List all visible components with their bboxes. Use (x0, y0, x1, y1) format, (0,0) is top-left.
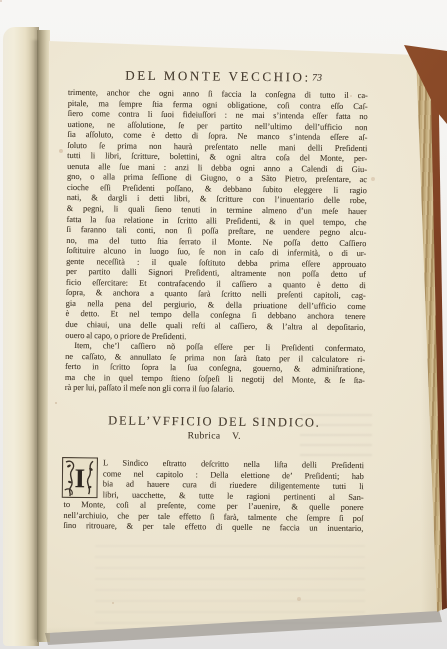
paragraph-item-cashier: Item, che’l caſſiero nõ poſſa eſſere per… (65, 340, 366, 396)
sindico-paragraph-wrapped: L Sindico eſtratto deſcritto nella liſta… (103, 457, 364, 502)
main-text-block: trimente, anchor che ogni anno ſi faccia… (65, 87, 368, 396)
running-header-title: DEL MONTE VECCHIO: (125, 68, 311, 85)
text-line: ſino ritrouare, & per tale effetto di qu… (63, 520, 363, 534)
page-number: 73 (312, 73, 352, 84)
running-header: DEL MONTE VECCHIO: 73 (68, 67, 368, 86)
rubric-label: Rubrica V. (64, 429, 364, 444)
sindico-paragraph-full: to Monte, coſi al preſente, come per l’a… (63, 499, 363, 534)
book-photo: DEL MONTE VECCHIO: 73 trimente, anchor c… (0, 0, 447, 649)
paragraph-cashier-consignment: trimente, anchor che ogni anno ſi faccia… (65, 87, 368, 343)
drop-cap-letter: I (62, 459, 98, 497)
printed-page-content: DEL MONTE VECCHIO: 73 trimente, anchor c… (0, 0, 447, 649)
woodcut-initial: I (62, 457, 98, 498)
